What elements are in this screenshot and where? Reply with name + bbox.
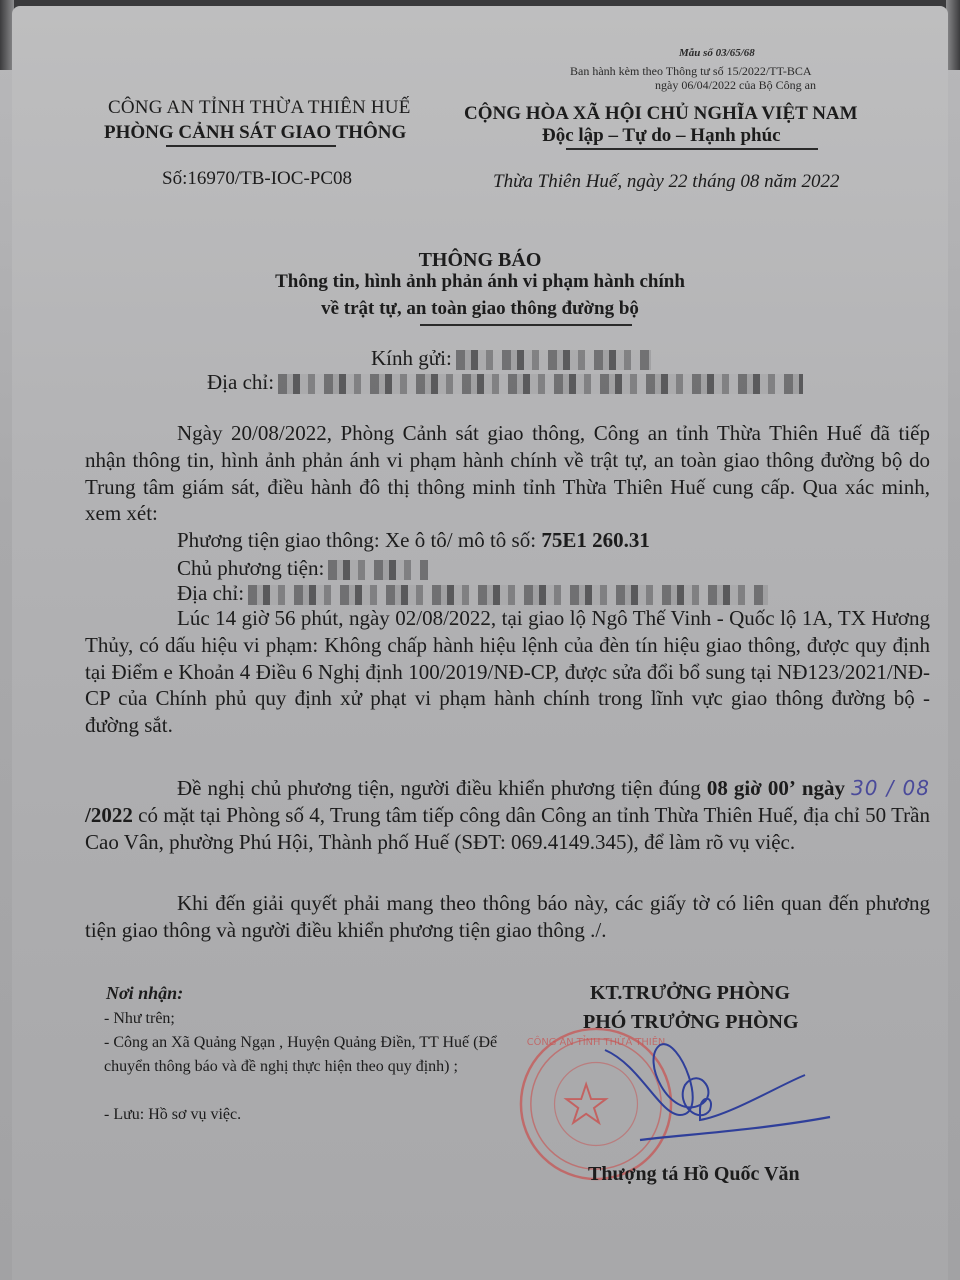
recipient-line: Kính gửi: bbox=[371, 346, 651, 371]
department-name: PHÒNG CẢNH SÁT GIAO THÔNG bbox=[104, 122, 406, 144]
document-title: THÔNG BÁO bbox=[0, 249, 960, 272]
license-plate: 75E1 260.31 bbox=[541, 528, 650, 552]
agency-name: CÔNG AN TỈNH THỪA THIÊN HUẾ bbox=[108, 97, 411, 119]
owner-line: Chủ phương tiện: bbox=[177, 556, 428, 581]
appointment-year: /2022 bbox=[85, 803, 133, 827]
signature-title-1: KT.TRƯỞNG PHÒNG bbox=[590, 982, 790, 1005]
divider bbox=[420, 324, 632, 326]
recipient-item: - Như trên; bbox=[104, 1007, 524, 1031]
divider bbox=[166, 145, 336, 147]
recipient-label: Kính gửi: bbox=[371, 346, 452, 370]
document-subtitle-1: Thông tin, hình ảnh phản ánh vi phạm hàn… bbox=[0, 271, 960, 293]
place-date: Thừa Thiên Huế, ngày 22 tháng 08 năm 202… bbox=[493, 171, 840, 193]
document-subtitle-2: về trật tự, an toàn giao thông đường bộ bbox=[0, 298, 960, 320]
divider bbox=[566, 148, 818, 150]
form-number: Mẫu số 03/65/68 bbox=[679, 47, 755, 59]
issued-with-line1: Ban hành kèm theo Thông tư số 15/2022/TT… bbox=[570, 64, 812, 79]
signature-title-2: PHÓ TRƯỞNG PHÒNG bbox=[583, 1011, 799, 1034]
body-paragraph-1: Ngày 20/08/2022, Phòng Cảnh sát giao thô… bbox=[85, 420, 930, 527]
redacted-owner bbox=[328, 560, 428, 580]
address-label: Địa chỉ: bbox=[207, 370, 274, 394]
appointment-time: 08 giờ 00’ bbox=[707, 776, 796, 800]
signer-name: Thượng tá Hồ Quốc Văn bbox=[588, 1163, 800, 1186]
recipient-item: - Công an Xã Quảng Ngạn , Huyện Quảng Đi… bbox=[104, 1031, 524, 1079]
body-paragraph-3: Đề nghị chủ phương tiện, người điều khiể… bbox=[85, 775, 930, 855]
owner-label: Chủ phương tiện: bbox=[177, 556, 324, 580]
day-label: ngày bbox=[802, 776, 845, 800]
document-number: Số:16970/TB-IOC-PC08 bbox=[162, 168, 352, 190]
redacted-address bbox=[278, 374, 803, 394]
issued-with-line2: ngày 06/04/2022 của Bộ Công an bbox=[655, 78, 816, 93]
owner-address-label: Địa chỉ: bbox=[177, 581, 244, 605]
signature-icon bbox=[600, 1035, 850, 1145]
body-paragraph-4: Khi đến giải quyết phải mang theo thông … bbox=[85, 890, 930, 944]
vehicle-line: Phương tiện giao thông: Xe ô tô/ mô tô s… bbox=[177, 528, 650, 553]
recipient-item: - Lưu: Hồ sơ vụ việc. bbox=[104, 1103, 524, 1127]
background-edge-right bbox=[946, 0, 960, 70]
national-motto: Độc lập – Tự do – Hạnh phúc bbox=[542, 125, 781, 147]
national-title: CỘNG HÒA XÃ HỘI CHỦ NGHĨA VIỆT NAM bbox=[464, 103, 858, 125]
recipients-label: Nơi nhận: bbox=[106, 983, 183, 1004]
handwritten-date: 30 / 08 bbox=[851, 776, 930, 800]
redacted-name bbox=[456, 350, 651, 370]
owner-address-line: Địa chỉ: bbox=[177, 581, 768, 606]
body-paragraph-2: Lúc 14 giờ 56 phút, ngày 02/08/2022, tại… bbox=[85, 605, 930, 739]
vehicle-label: Phương tiện giao thông: Xe ô tô/ mô tô s… bbox=[177, 528, 541, 552]
recipient-address-line: Địa chỉ: bbox=[207, 370, 803, 395]
redacted-owner-address bbox=[248, 585, 768, 605]
